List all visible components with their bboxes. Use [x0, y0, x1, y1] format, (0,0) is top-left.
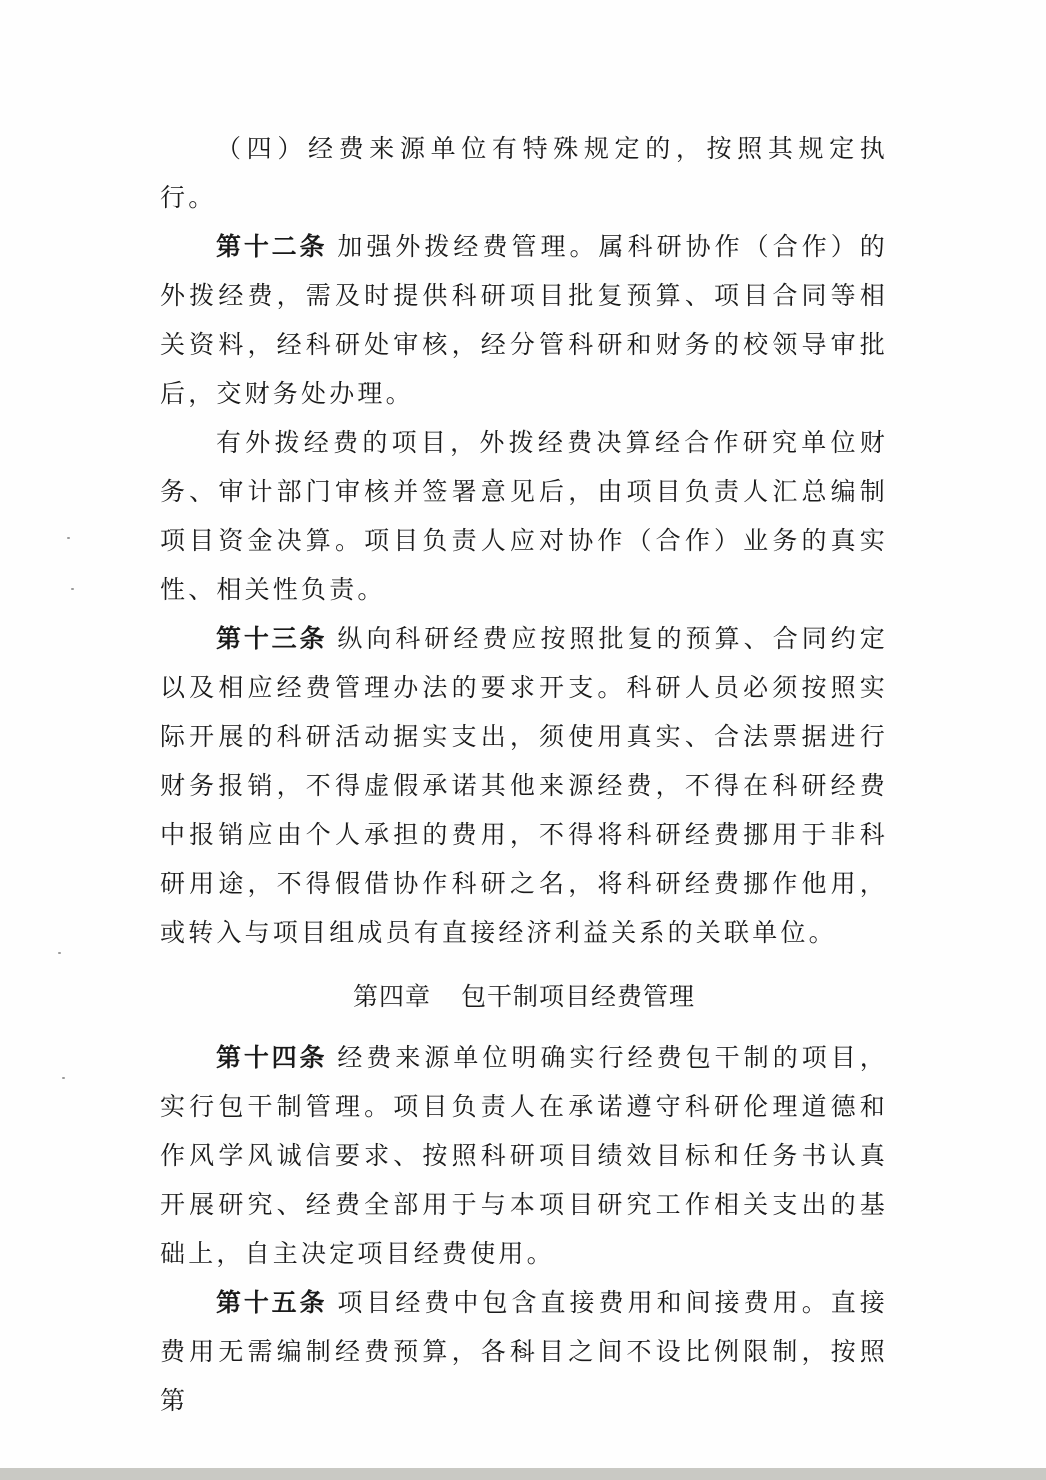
article-label: 第十三条 — [216, 624, 327, 653]
article-label: 第十四条 — [216, 1043, 327, 1072]
article-12: 第十二条加强外拨经费管理。属科研协作（合作）的外拨经费，需及时提供科研项目批复预… — [160, 222, 888, 418]
scan-speck — [62, 1077, 65, 1079]
chapter-number: 第四章 — [353, 982, 431, 1011]
article-14: 第十四条经费来源单位明确实行经费包干制的项目，实行包干制管理。项目负责人在承诺遵… — [160, 1033, 888, 1278]
paragraph-item-4: （四）经费来源单位有特殊规定的，按照其规定执行。 — [160, 124, 888, 222]
article-label: 第十二条 — [216, 232, 327, 261]
paragraph-text: 有外拨经费的项目，外拨经费决算经合作研究单位财务、审计部门审核并签署意见后，由项… — [160, 428, 888, 604]
scan-speck — [67, 537, 70, 539]
article-text: 经费来源单位明确实行经费包干制的项目，实行包干制管理。项目负责人在承诺遵守科研伦… — [160, 1043, 888, 1268]
scan-speck — [58, 952, 61, 954]
article-text: 纵向科研经费应按照批复的预算、合同约定以及相应经费管理办法的要求开支。科研人员必… — [160, 624, 888, 947]
chapter-title: 包干制项目经费管理 — [461, 982, 695, 1011]
scan-speck — [71, 588, 74, 590]
article-12-paragraph-2: 有外拨经费的项目，外拨经费决算经合作研究单位财务、审计部门审核并签署意见后，由项… — [160, 418, 888, 614]
document-body: （四）经费来源单位有特殊规定的，按照其规定执行。 第十二条加强外拨经费管理。属科… — [160, 124, 888, 1425]
chapter-heading: 第四章包干制项目经费管理 — [160, 957, 888, 1033]
article-13: 第十三条纵向科研经费应按照批复的预算、合同约定以及相应经费管理办法的要求开支。科… — [160, 614, 888, 957]
paragraph-text: （四）经费来源单位有特殊规定的，按照其规定执行。 — [160, 134, 888, 212]
article-label: 第十五条 — [216, 1288, 327, 1317]
page-number: 5 — [0, 1346, 1046, 1363]
scan-bottom-edge — [0, 1468, 1046, 1480]
scanned-page: （四）经费来源单位有特殊规定的，按照其规定执行。 第十二条加强外拨经费管理。属科… — [0, 0, 1046, 1468]
